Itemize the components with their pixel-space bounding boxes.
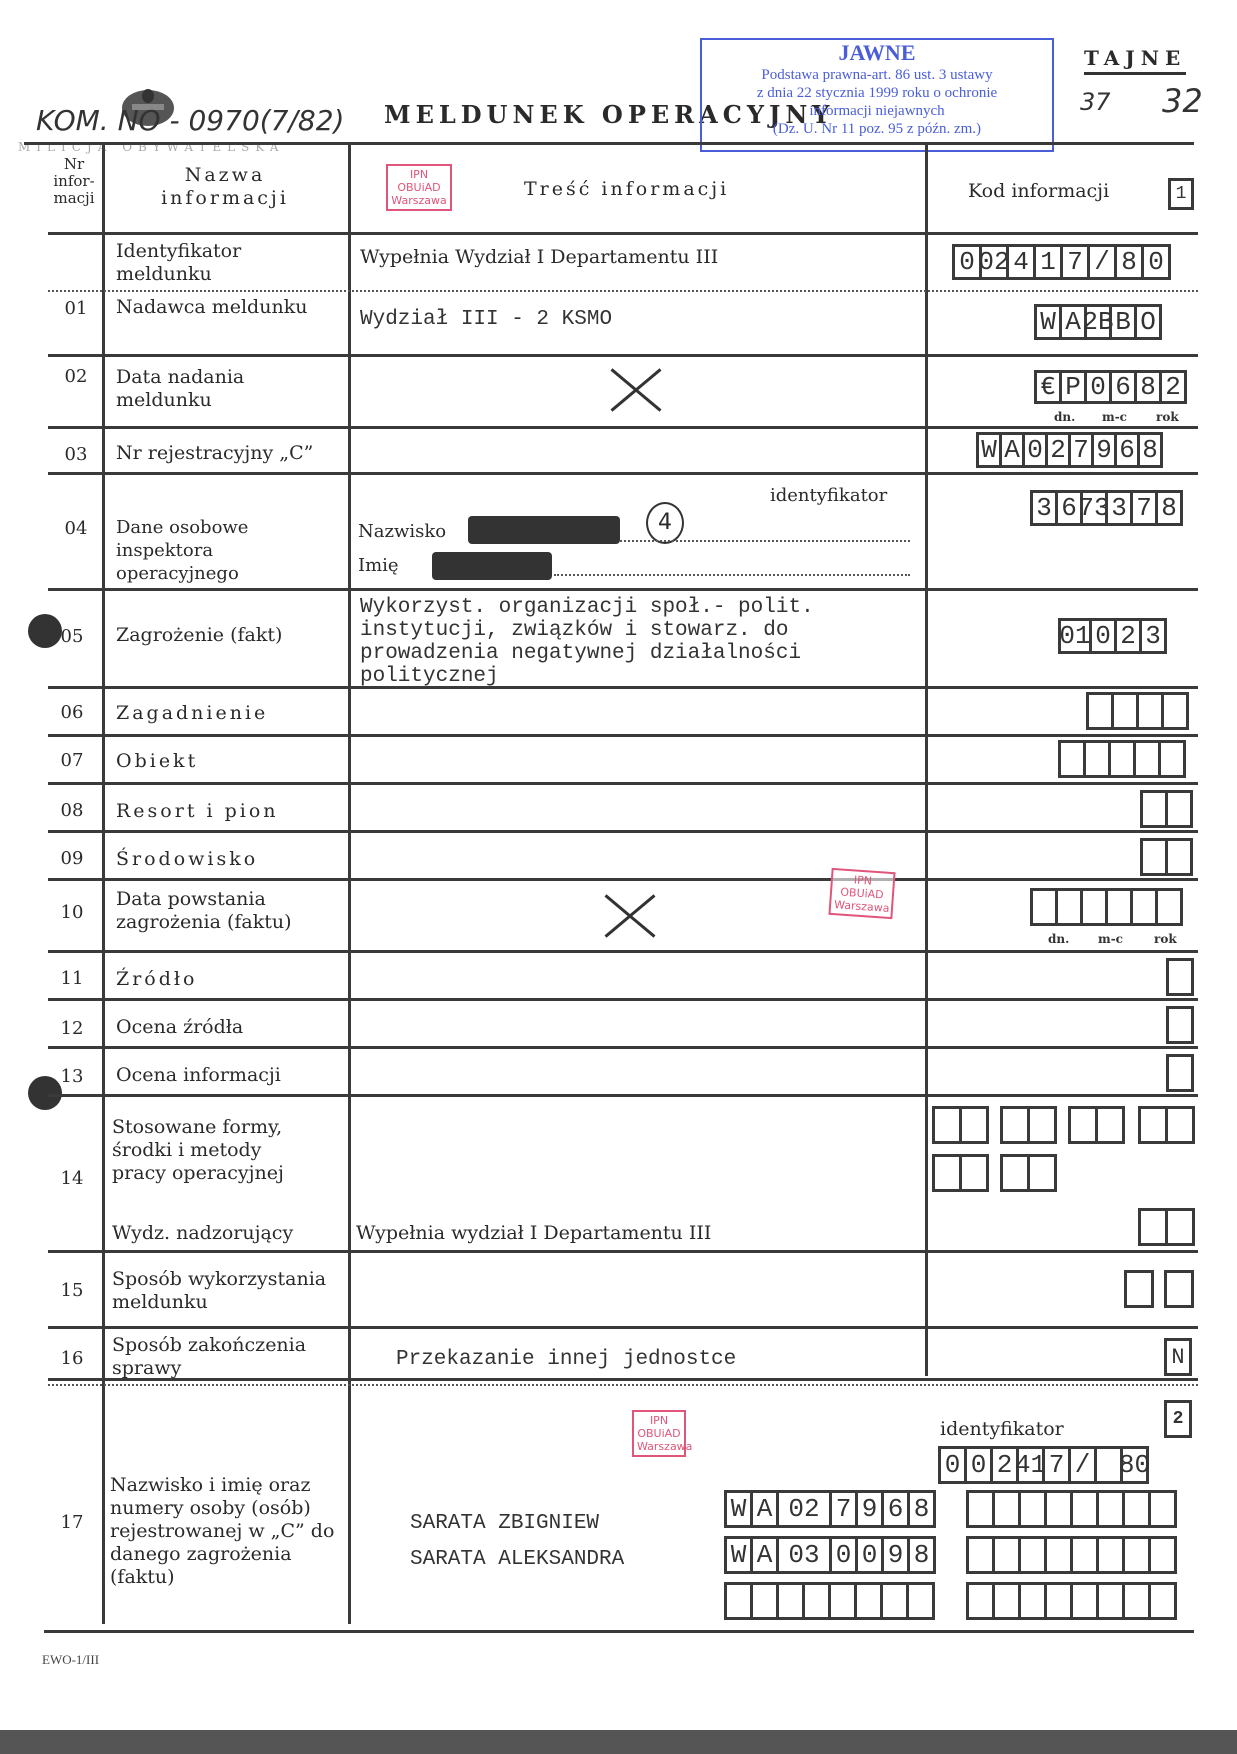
date-label-year: rok: [1156, 410, 1179, 424]
row-divider: [48, 686, 1198, 689]
code-box: [776, 1582, 805, 1620]
code-resort: [1140, 790, 1193, 828]
row-name-ocena-zrodla: Ocena źródła: [116, 1016, 243, 1039]
code-box: 41: [1016, 1446, 1045, 1484]
jawne-stamp-line: Podstawa prawna-art. 86 ust. 3 ustawy: [702, 66, 1052, 84]
code-identyfikator: 0 02 4 1 7 / 8 0: [952, 244, 1171, 280]
code-box: 7: [1130, 490, 1158, 526]
code-box: W: [1034, 304, 1062, 340]
row-divider: [48, 472, 1198, 475]
date-label-day: dn.: [1054, 410, 1075, 424]
row-name-ocena-informacji: Ocena informacji: [116, 1064, 281, 1087]
row-name-nadawca: Nadawca meldunku: [116, 296, 307, 319]
row-number: 17: [52, 1512, 92, 1533]
identyfikator-label: identyfikator: [770, 484, 887, 507]
row-divider: [48, 830, 1198, 833]
page-number-2: 32: [1162, 82, 1203, 120]
code-box: O: [1134, 304, 1162, 340]
code-box: [1000, 1106, 1030, 1144]
code-box: [1044, 1582, 1073, 1620]
row-divider: [48, 1326, 1198, 1329]
code-box: W: [724, 1536, 753, 1574]
code-box: [1166, 1054, 1194, 1092]
col-divider-nr: [102, 144, 105, 1624]
code-box: [1138, 1208, 1168, 1246]
code-box: [992, 1582, 1021, 1620]
code-obiekt: [1058, 740, 1186, 778]
row-number: 16: [52, 1348, 92, 1369]
code-box: 01: [1058, 618, 1092, 654]
person-code-1-extra: [966, 1490, 1177, 1528]
code-box: [959, 1154, 989, 1192]
code-box: 73: [1080, 490, 1108, 526]
code-box: [1166, 958, 1194, 996]
table-top-border: [24, 142, 1194, 145]
col-header-name: Nazwa informacji: [140, 164, 310, 210]
row-name-resort: Resort i pion: [116, 800, 279, 823]
code-box: [1044, 1536, 1073, 1574]
row-name-nr-rejestracyjny: Nr rejestracyjny „C”: [116, 442, 313, 465]
ipn-stamp-line: IPN: [391, 168, 447, 181]
row-name-nazwisko-imie: Nazwisko i imię oraz numery osoby (osób)…: [110, 1474, 340, 1589]
row-divider-dotted: [48, 1384, 1198, 1386]
code-box: [1165, 1106, 1195, 1144]
code-box: [1108, 740, 1136, 778]
code-box: 02: [979, 244, 1009, 280]
code-box: [1096, 1490, 1125, 1528]
code-box: [1165, 1208, 1195, 1246]
code-box: 8: [1155, 490, 1183, 526]
code-box: 0: [964, 1446, 993, 1484]
code-box: [992, 1536, 1021, 1574]
code-box: 8: [1134, 370, 1162, 404]
row-divider: [48, 878, 1198, 881]
code-box: [932, 1154, 962, 1192]
code-formy-group: [932, 1154, 989, 1192]
scan-edge-shadow: [0, 1730, 1237, 1754]
ipn-stamp-line: Warszawa: [834, 898, 889, 915]
code-box: B: [1109, 304, 1137, 340]
jawne-stamp-line: (Dz. U. Nr 11 poz. 95 z późn. zm.): [702, 120, 1052, 138]
code-box: 80: [1120, 1446, 1149, 1484]
code-box: 3: [1105, 490, 1133, 526]
code-box: [992, 1490, 1021, 1528]
row-number: 03: [56, 444, 96, 465]
ipn-stamp: IPN OBUiAD Warszawa: [386, 164, 452, 211]
row-name-data-powstania: Data powstania zagrożenia (faktu): [116, 888, 316, 934]
row-number: 04: [56, 518, 96, 539]
code-box: [750, 1582, 779, 1620]
code-box: 2: [1114, 618, 1142, 654]
code-formy-group: [1138, 1106, 1195, 1144]
row-name-zagadnienie: Zagadnienie: [116, 702, 268, 725]
row-number: 12: [52, 1018, 92, 1039]
code-box: [1122, 1582, 1151, 1620]
date-label-month: m-c: [1102, 410, 1127, 424]
code-box: [1111, 692, 1139, 730]
row-divider: [48, 1094, 1198, 1097]
code-sposob-wykorzystania: [1164, 1270, 1194, 1308]
row-name-zrodlo: Źródło: [116, 968, 198, 991]
code-box: 3: [1139, 618, 1167, 654]
nazwisko-field-line: [620, 540, 910, 542]
code-box: 6: [881, 1490, 910, 1528]
row-divider: [48, 782, 1198, 785]
row-content-identyfikator: Wypełnia Wydział I Departamentu III: [360, 246, 718, 269]
jawne-stamp-line: informacji niejawnych: [702, 102, 1052, 120]
code-box: 0: [1084, 370, 1112, 404]
row-divider: [48, 1046, 1198, 1049]
code-formy-group: [1068, 1106, 1125, 1144]
crossed-out-mark: [604, 894, 656, 938]
code-box: /: [1087, 244, 1117, 280]
row-content-sposob-zakonczenia: Przekazanie innej jednostce: [396, 1348, 736, 1371]
code-box: 2B: [1084, 304, 1112, 340]
row-divider: [48, 588, 1198, 591]
row-divider: [48, 950, 1198, 953]
code-box: [1027, 1154, 1057, 1192]
col-header-nr: Nr infor- macji: [48, 156, 100, 207]
code-box: [966, 1490, 995, 1528]
code-box: P: [1059, 370, 1087, 404]
code-box: 4: [1006, 244, 1036, 280]
code-box: [1158, 740, 1186, 778]
code-sposob-zakonczenia: N: [1164, 1338, 1192, 1376]
code-box: [1124, 1270, 1154, 1308]
row-content-wydz-nadzorujacy: Wypełnia wydział I Departamentu III: [356, 1222, 711, 1245]
code-box: [828, 1582, 857, 1620]
code-sposob-wykorzystania: [1124, 1270, 1154, 1308]
code-box: 0: [1141, 244, 1171, 280]
redacted-surname: [468, 516, 620, 544]
row-name-identyfikator: Identyfikator meldunku: [116, 240, 336, 286]
col-header-content: Treść informacji: [524, 178, 729, 201]
code-zrodlo: [1166, 958, 1194, 996]
code-box: [1133, 740, 1161, 778]
code-box: €: [1034, 370, 1062, 404]
crossed-out-mark: [610, 368, 662, 412]
code-nadawca: W A 2B B O: [1034, 304, 1162, 340]
redacted-first-name: [432, 552, 552, 580]
code-ocena-informacji: [1166, 1054, 1194, 1092]
code-box: 8: [907, 1490, 936, 1528]
code-box: 6: [1109, 370, 1137, 404]
ipn-stamp: IPN OBUiAD Warszawa: [828, 868, 895, 919]
code-box: [802, 1582, 831, 1620]
row-content-zagrozenie: Wykorzyst. organizacji społ.- polit. ins…: [360, 596, 920, 688]
code-box: [1122, 1490, 1151, 1528]
code-box: [724, 1582, 753, 1620]
imie-label: Imię: [358, 554, 399, 577]
person-code-1: W A 02 7 9 6 8: [724, 1490, 936, 1528]
handwritten-reference: KOM. NO - 0970(7/82): [36, 104, 344, 137]
code-box: 1: [1168, 178, 1194, 210]
identyfikator-label: identyfikator: [940, 1418, 1064, 1441]
code-box: [1155, 888, 1183, 926]
row-number: 11: [52, 968, 92, 989]
person-code-2: W A 03 0 0 9 8: [724, 1536, 936, 1574]
code-box: [1070, 1582, 1099, 1620]
code-zagadnienie: [1086, 692, 1189, 730]
code-box: [1018, 1536, 1047, 1574]
row-name-stosowane-formy: Stosowane formy, środki i metody pracy o…: [112, 1116, 312, 1185]
row-name-wydz-nadzorujacy: Wydz. nadzorujący: [112, 1222, 293, 1245]
code-box: [1018, 1490, 1047, 1528]
code-box: [1161, 692, 1189, 730]
code-box: 8: [1137, 432, 1163, 468]
code-box: [1095, 1106, 1125, 1144]
code-box: 0: [829, 1536, 858, 1574]
code-box: [1096, 1582, 1125, 1620]
jawne-stamp-title: JAWNE: [702, 40, 1052, 66]
row-divider-dotted: [48, 290, 1198, 292]
code-box: [1136, 692, 1164, 730]
code-box: [1070, 1490, 1099, 1528]
code-box: [1018, 1582, 1047, 1620]
code-box: 1: [1033, 244, 1063, 280]
row-number: 10: [52, 902, 92, 923]
code-box: W: [724, 1490, 753, 1528]
code-data-powstania: [1030, 888, 1183, 926]
code-data-nadania: € P 0 6 8 2: [1034, 370, 1187, 404]
code-page-box: 1: [1168, 178, 1194, 210]
row-name-obiekt: Obiekt: [116, 750, 198, 773]
code-box: [1000, 1154, 1030, 1192]
ipn-stamp-line: Warszawa: [637, 1440, 681, 1453]
col-header-code: Kod informacji: [968, 180, 1109, 203]
row-content-nadawca: Wydział III - 2 KSMO: [360, 308, 612, 331]
date-label-month: m-c: [1098, 932, 1123, 946]
code-box: /: [1068, 1446, 1097, 1484]
code-box: 9: [855, 1490, 884, 1528]
person-code-2-extra: [966, 1536, 1177, 1574]
code-box: 2: [1159, 370, 1187, 404]
code-ocena-zrodla: [1166, 1006, 1194, 1044]
jawne-stamp-line: z dnia 22 stycznia 1999 roku o ochronie: [702, 84, 1052, 102]
ipn-stamp-line: OBUiAD: [391, 181, 447, 194]
code-formy-group: [1000, 1106, 1057, 1144]
code-inspektor: 3 6 73 3 7 8: [1030, 490, 1183, 526]
page-number-1: 37: [1080, 88, 1111, 116]
code-box: [1096, 1536, 1125, 1574]
code-box: A: [750, 1490, 779, 1528]
punch-hole: [28, 1076, 62, 1110]
code-box: 3: [1030, 490, 1058, 526]
code-box: [1055, 888, 1083, 926]
row-number: 06: [52, 702, 92, 723]
row-name-data-nadania: Data nadania meldunku: [116, 366, 340, 412]
col-divider-name: [348, 144, 351, 1624]
code-box: [959, 1106, 989, 1144]
code-box: 8: [1114, 244, 1144, 280]
code-box: [1164, 1270, 1194, 1308]
row-name-sposob-wykorzystania: Sposób wykorzystania meldunku: [112, 1268, 348, 1314]
row-number: 05: [52, 626, 92, 647]
row-divider: [48, 232, 1198, 235]
code-identyfikator-17: 0 0 2 41 7 / 80: [938, 1446, 1149, 1484]
code-srodowisko: [1140, 838, 1193, 876]
nazwisko-label: Nazwisko: [358, 520, 446, 543]
code-nr-rejestracyjny: W A 0 2 7 9 6 8: [976, 432, 1163, 468]
code-box: 0: [938, 1446, 967, 1484]
col-divider-content: [925, 144, 928, 1376]
code-box: [1044, 1490, 1073, 1528]
code-box: [854, 1582, 883, 1620]
row-number: 09: [52, 848, 92, 869]
code-box: 8: [907, 1536, 936, 1574]
code-box: [1148, 1490, 1177, 1528]
code-zagrozenie: 01 0 2 3: [1058, 618, 1167, 654]
code-box: [1122, 1536, 1151, 1574]
code-box: [1070, 1536, 1099, 1574]
date-label-day: dn.: [1048, 932, 1069, 946]
form-code: EWO-1/III: [42, 1652, 99, 1668]
code-box: [1165, 838, 1193, 876]
person-name: SARATA ZBIGNIEW: [410, 1512, 599, 1535]
code-box: [1027, 1106, 1057, 1144]
code-box: [1068, 1106, 1098, 1144]
code-box: 0: [855, 1536, 884, 1574]
code-box: [906, 1582, 935, 1620]
code-box: [1058, 740, 1086, 778]
row-number: 01: [56, 298, 96, 319]
code-box: A: [750, 1536, 779, 1574]
code-box: [1148, 1536, 1177, 1574]
code-box: [1083, 740, 1111, 778]
row-number: 15: [52, 1280, 92, 1301]
row-name-dane-osobowe: Dane osobowe inspektora operacyjnego: [116, 516, 316, 585]
code-formy-group: [1000, 1154, 1057, 1192]
row-name-sposob-zakonczenia: Sposób zakończenia sprawy: [112, 1334, 322, 1380]
code-box: [1165, 790, 1193, 828]
circled-annotation: 4: [646, 502, 684, 544]
row-number: 07: [52, 750, 92, 771]
identyfikator-page-box: 2: [1164, 1400, 1192, 1438]
imie-field-line: [554, 574, 910, 576]
classification-label: TAJNE: [1084, 46, 1186, 75]
code-box: [880, 1582, 909, 1620]
row-number: 08: [52, 800, 92, 821]
code-box: [1140, 838, 1168, 876]
row-divider: [48, 354, 1198, 357]
code-box: [932, 1106, 962, 1144]
ipn-stamp: IPN OBUiAD Warszawa: [632, 1410, 686, 1457]
row-divider: [48, 1378, 1198, 1381]
code-box: [1030, 888, 1058, 926]
code-box: 2: [1164, 1400, 1192, 1438]
jawne-declassification-stamp: JAWNE Podstawa prawna-art. 86 ust. 3 ust…: [700, 38, 1054, 152]
code-box: 7: [1042, 1446, 1071, 1484]
person-name: SARATA ALEKSANDRA: [410, 1548, 624, 1571]
code-box: [1130, 888, 1158, 926]
row-divider: [48, 998, 1198, 1001]
code-box: 7: [1060, 244, 1090, 280]
row-name-zagrozenie: Zagrożenie (fakt): [116, 624, 282, 647]
code-box: [1138, 1106, 1168, 1144]
row-divider: [48, 1250, 1198, 1253]
code-box: 0: [1089, 618, 1117, 654]
row-number: 02: [56, 366, 96, 387]
code-box: 03: [776, 1536, 832, 1574]
date-label-year: rok: [1154, 932, 1177, 946]
ipn-stamp-line: OBUiAD: [637, 1427, 681, 1440]
code-box: 7: [829, 1490, 858, 1528]
row-name-srodowisko: Środowisko: [116, 848, 258, 871]
person-code-3: [724, 1582, 935, 1620]
code-box: [966, 1582, 995, 1620]
row-divider: [48, 734, 1198, 737]
code-box: [1086, 692, 1114, 730]
code-formy-group: [932, 1106, 989, 1144]
ipn-stamp-line: IPN: [637, 1414, 681, 1427]
table-bottom-border: [44, 1630, 1194, 1633]
code-box: [966, 1536, 995, 1574]
code-box: 9: [881, 1536, 910, 1574]
code-box: [1140, 790, 1168, 828]
person-code-3-extra: [966, 1582, 1177, 1620]
code-box: 02: [776, 1490, 832, 1528]
code-box: [1105, 888, 1133, 926]
code-box: [1166, 1006, 1194, 1044]
code-wydz-nadzorujacy: [1138, 1208, 1195, 1246]
code-box: [1148, 1582, 1177, 1620]
code-box: N: [1164, 1338, 1192, 1376]
row-divider: [48, 426, 1198, 429]
row-number: 14: [52, 1168, 92, 1189]
code-box: [1080, 888, 1108, 926]
ipn-stamp-line: Warszawa: [391, 194, 447, 207]
